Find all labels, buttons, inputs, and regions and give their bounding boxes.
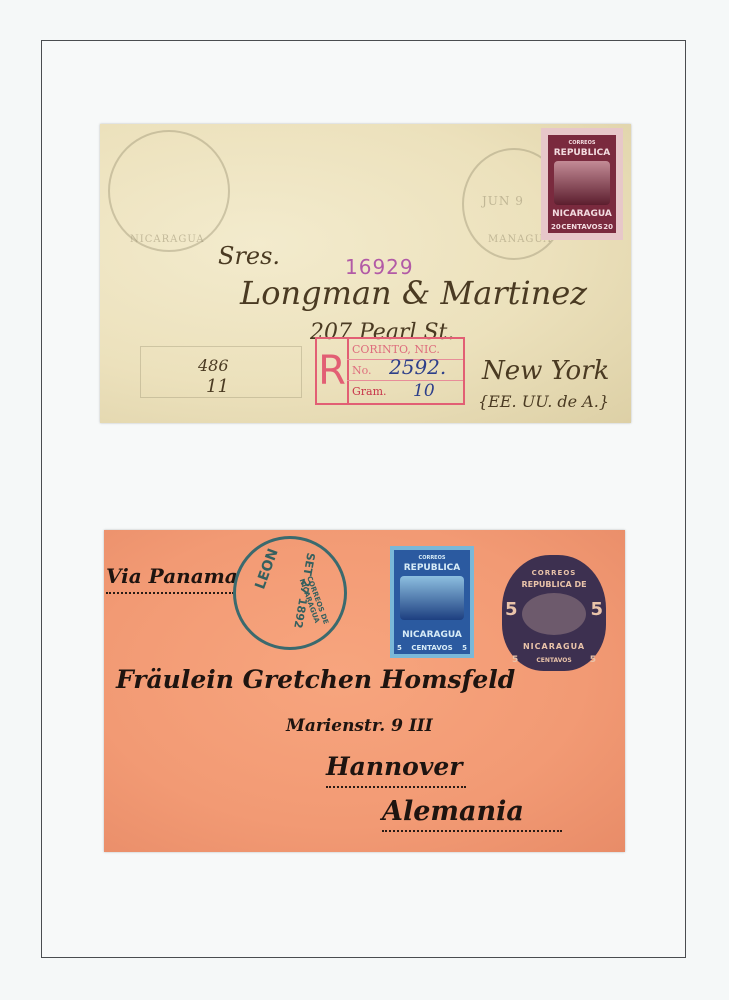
indicium-value-label: CENTAVOS (536, 655, 571, 667)
side-note-top: 486 (198, 356, 229, 375)
indicium-value-right: 5 (590, 599, 603, 620)
registration-gram-value: 10 (413, 381, 435, 401)
printed-indicium-5-centavos: CORREOS REPUBLICA DE 5 5 NICARAGUA 5 CEN… (502, 555, 606, 671)
indicium-value-left: 5 (505, 599, 518, 620)
stamp-20-centavos: CORREOS REPUBLICA NICARAGUA 20 CENTAVOS … (541, 128, 623, 240)
registration-gram-label: Gram. (352, 385, 387, 398)
indicium-country-top: REPUBLICA DE (502, 580, 606, 589)
registration-label: R CORINTO, NIC. No. Gram. 2592. 10 (315, 337, 465, 405)
indicium-value-row: 5 CENTAVOS 5 (512, 655, 596, 667)
stamp-5-centavos: CORREOS REPUBLICA NICARAGUA 5 CENTAVOS 5 (390, 546, 474, 658)
route-annotation: Via Panama (106, 564, 238, 588)
postmark-city: LEON (252, 546, 281, 591)
stamp-vignette (400, 576, 464, 620)
indicium-value-br: 5 (590, 655, 596, 667)
postmark-leon: LEON SET 27 1892 CORREOS DE NICARAGUA (233, 536, 347, 650)
stamp-value-row: 5 CENTAVOS 5 (394, 644, 470, 652)
address-salutation: Sres. (218, 242, 280, 270)
stamp-value-right: 5 (462, 644, 467, 652)
address-country: Alemania (382, 796, 524, 827)
stamp-value-left: 20 (551, 223, 561, 231)
indicium-country-bottom: NICARAGUA (502, 642, 606, 651)
address-name: Longman & Martinez (240, 274, 587, 312)
address-name: Fräulein Gretchen Homsfeld (116, 665, 515, 694)
stamp-header: CORREOS (394, 550, 470, 561)
registration-no-value: 2592. (389, 355, 446, 379)
stamp-value-label: CENTAVOS (561, 223, 602, 231)
indicium-value-bl: 5 (512, 655, 518, 667)
registration-letter: R (317, 339, 349, 403)
stamp-country-bottom: NICARAGUA (394, 630, 470, 640)
stamp-vignette (554, 161, 610, 205)
registration-no-label: No. (352, 364, 372, 377)
address-country: {EE. UU. de A.} (478, 392, 609, 411)
stamp-header: CORREOS (548, 135, 616, 146)
address-city: Hannover (326, 752, 462, 781)
indicium-vignette (522, 593, 586, 635)
stamp-value-right: 20 (603, 223, 613, 231)
address-street: Marienstr. 9 III (286, 716, 433, 736)
indicium-header: CORREOS (502, 569, 606, 577)
stamp-country-top: REPUBLICA (548, 148, 616, 158)
postmark-right-date: JUN 9 (482, 194, 524, 208)
side-note-bottom: 11 (206, 376, 229, 397)
address-city: New York (482, 356, 609, 386)
stamp-value-row: 20 CENTAVOS 20 (548, 223, 616, 231)
city-underline (326, 782, 466, 788)
postmark-left-text: NICARAGUA (130, 234, 205, 245)
registration-gram-row: Gram. (347, 381, 463, 402)
registration-number: 16929 (345, 255, 414, 279)
route-underline (106, 588, 234, 594)
country-underline (382, 826, 562, 832)
stamp-value-label: CENTAVOS (411, 644, 452, 652)
stamp-country-top: REPUBLICA (394, 563, 470, 573)
stamp-country-bottom: NICARAGUA (548, 209, 616, 219)
stamp-value-left: 5 (397, 644, 402, 652)
